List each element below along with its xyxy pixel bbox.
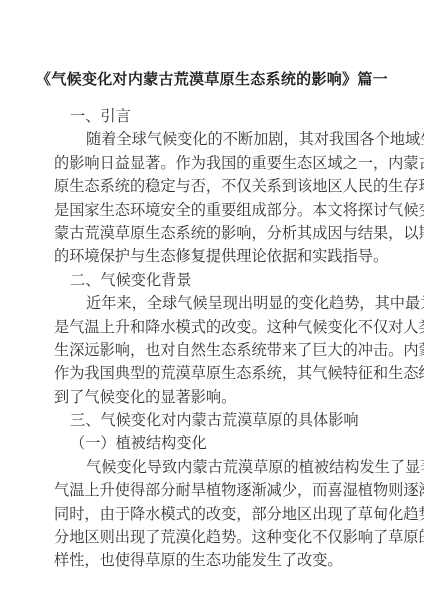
section-heading: 二、气候变化背景 <box>54 269 380 292</box>
document-title: 《气候变化对内蒙古荒漠草原生态系统的影响》篇一 <box>0 68 424 89</box>
paragraph-line: 气候变化导致内蒙古荒漠草原的植被结构发生了显著变化。 <box>54 456 380 479</box>
paragraph-line: 是国家生态环境安全的重要组成部分。本文将探讨气候变化对内 <box>54 199 380 222</box>
document-body: 一、引言 随着全球气候变化的不断加剧，其对我国各个地域生态系统 的影响日益显著。… <box>54 105 380 573</box>
paragraph-line: 随着全球气候变化的不断加剧，其对我国各个地域生态系统 <box>54 128 380 151</box>
paragraph-line: 分地区则出现了荒漠化趋势。这种变化不仅影响了草原的生物多 <box>54 526 380 549</box>
paragraph-line: 是气温上升和降水模式的改变。这种气候变化不仅对人类社会产 <box>54 316 380 339</box>
paragraph-line: 生深远影响，也对自然生态系统带来了巨大的冲击。内蒙古地区 <box>54 339 380 362</box>
paragraph-line: 作为我国典型的荒漠草原生态系统，其气候特征和生态结构都受 <box>54 362 380 385</box>
subsection-heading: （一）植被结构变化 <box>54 432 380 455</box>
paragraph-line: 气温上升使得部分耐旱植物逐渐减少，而喜湿植物则逐渐增多。 <box>54 479 380 502</box>
paragraph-line: 的影响日益显著。作为我国的重要生态区域之一，内蒙古荒漠草 <box>54 152 380 175</box>
paragraph-line: 近年来，全球气候呈现出明显的变化趋势，其中最为显著的 <box>54 292 380 315</box>
paragraph-line: 的环境保护与生态修复提供理论依据和实践指导。 <box>54 245 380 268</box>
paragraph-line: 原生态系统的稳定与否，不仅关系到该地区人民的生存环境，更 <box>54 175 380 198</box>
paragraph-line: 蒙古荒漠草原生态系统的影响，分析其成因与结果，以期为未来 <box>54 222 380 245</box>
section-heading: 三、气候变化对内蒙古荒漠草原的具体影响 <box>54 409 380 432</box>
section-heading: 一、引言 <box>54 105 380 128</box>
paragraph-line: 同时，由于降水模式的改变，部分地区出现了草甸化趋势，而部 <box>54 503 380 526</box>
paragraph-line: 样性，也使得草原的生态功能发生了改变。 <box>54 549 380 572</box>
paragraph-line: 到了气候变化的显著影响。 <box>54 386 380 409</box>
document-page: 《气候变化对内蒙古荒漠草原生态系统的影响》篇一 一、引言 随着全球气候变化的不断… <box>0 0 424 600</box>
